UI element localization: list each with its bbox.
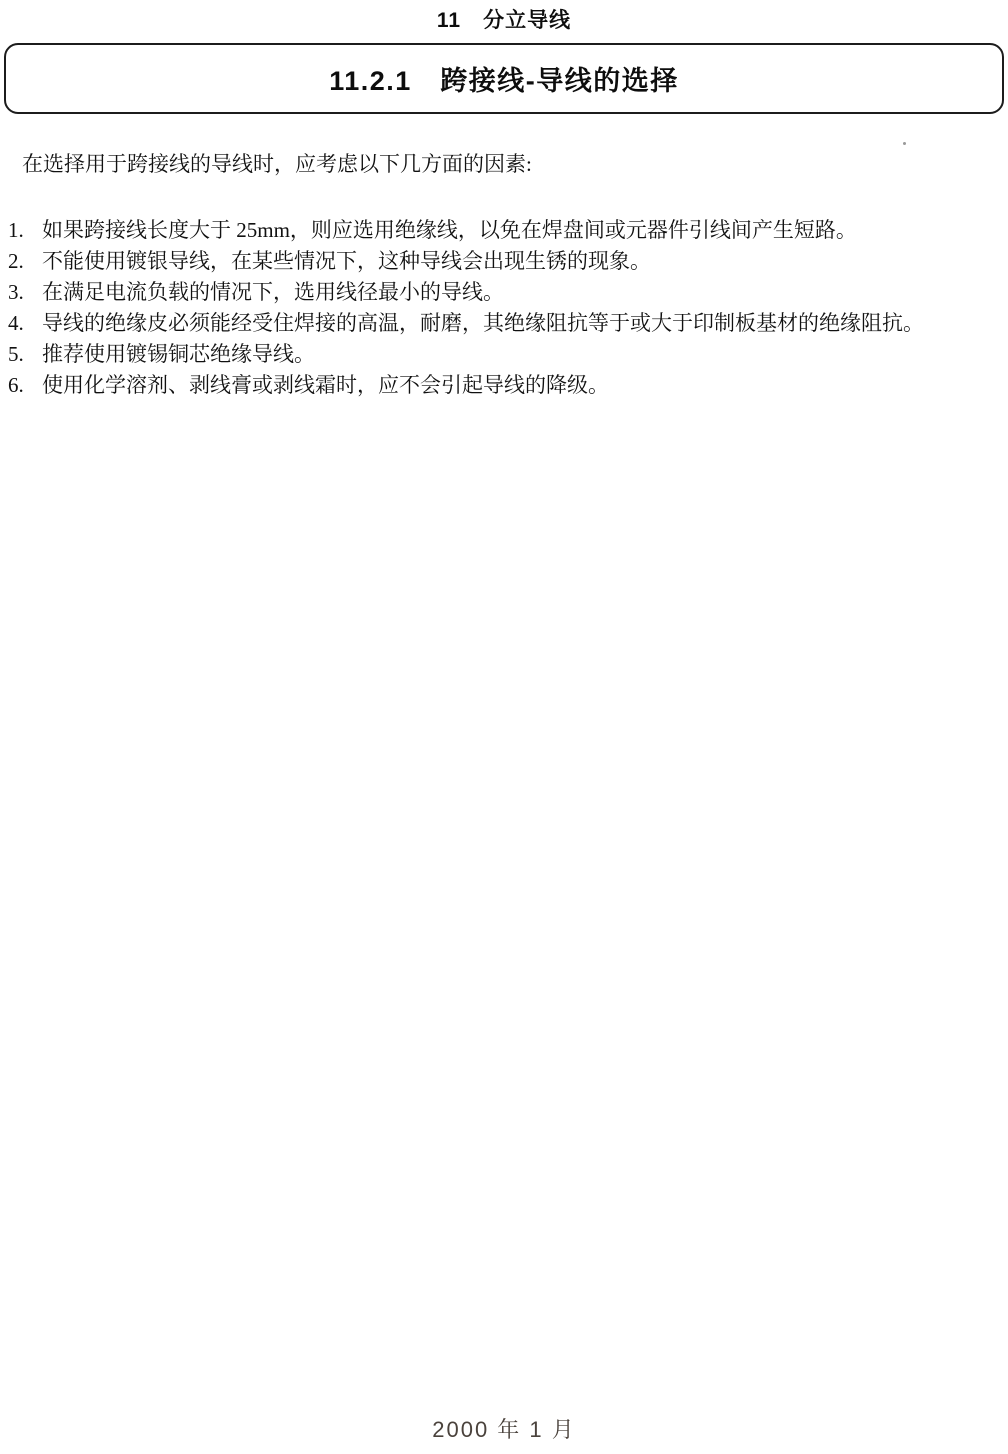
- list-item-number: 5.: [8, 343, 42, 365]
- chapter-header: 11 分立导线: [0, 0, 1008, 34]
- list-item-number: 4.: [8, 312, 42, 334]
- list-item: 2. 不能使用镀银导线，在某些情况下，这种导线会出现生锈的现象。: [8, 250, 998, 272]
- section-title: 11.2.1 跨接线-导线的选择: [329, 59, 679, 98]
- list-item: 3. 在满足电流负载的情况下，选用线径最小的导线。: [8, 281, 998, 303]
- list-item-text: 推荐使用镀锡铜芯绝缘导线。: [42, 343, 998, 365]
- document-page: 11 分立导线 11.2.1 跨接线-导线的选择 在选择用于跨接线的导线时，应考…: [0, 0, 1008, 396]
- list-item-text: 如果跨接线长度大于 25mm，则应选用绝缘线，以免在焊盘间或元器件引线间产生短路…: [42, 219, 998, 241]
- list-item: 1. 如果跨接线长度大于 25mm，则应选用绝缘线，以免在焊盘间或元器件引线间产…: [8, 219, 998, 241]
- page-footer: 2000 年 1 月: [0, 1413, 1008, 1444]
- list-item-number: 1.: [8, 219, 42, 241]
- list-item-number: 2.: [8, 250, 42, 272]
- section-title-box: 11.2.1 跨接线-导线的选择: [4, 43, 1004, 114]
- list-item-number: 6.: [8, 374, 42, 396]
- list-item-text: 在满足电流负载的情况下，选用线径最小的导线。: [42, 281, 998, 303]
- list-item-text: 导线的绝缘皮必须能经受住焊接的高温，耐磨，其绝缘阻抗等于或大于印制板基材的绝缘阻…: [42, 312, 998, 334]
- factor-list: 1. 如果跨接线长度大于 25mm，则应选用绝缘线，以免在焊盘间或元器件引线间产…: [8, 219, 998, 396]
- list-item-text: 不能使用镀银导线，在某些情况下，这种导线会出现生锈的现象。: [42, 250, 998, 272]
- scan-artifact-dot: [903, 142, 906, 145]
- list-item-text: 使用化学溶剂、剥线膏或剥线霜时，应不会引起导线的降级。: [42, 374, 998, 396]
- list-item: 4. 导线的绝缘皮必须能经受住焊接的高温，耐磨，其绝缘阻抗等于或大于印制板基材的…: [8, 312, 998, 334]
- intro-paragraph: 在选择用于跨接线的导线时，应考虑以下几方面的因素:: [22, 151, 988, 177]
- list-item: 5. 推荐使用镀锡铜芯绝缘导线。: [8, 343, 998, 365]
- list-item-number: 3.: [8, 281, 42, 303]
- list-item: 6. 使用化学溶剂、剥线膏或剥线霜时，应不会引起导线的降级。: [8, 374, 998, 396]
